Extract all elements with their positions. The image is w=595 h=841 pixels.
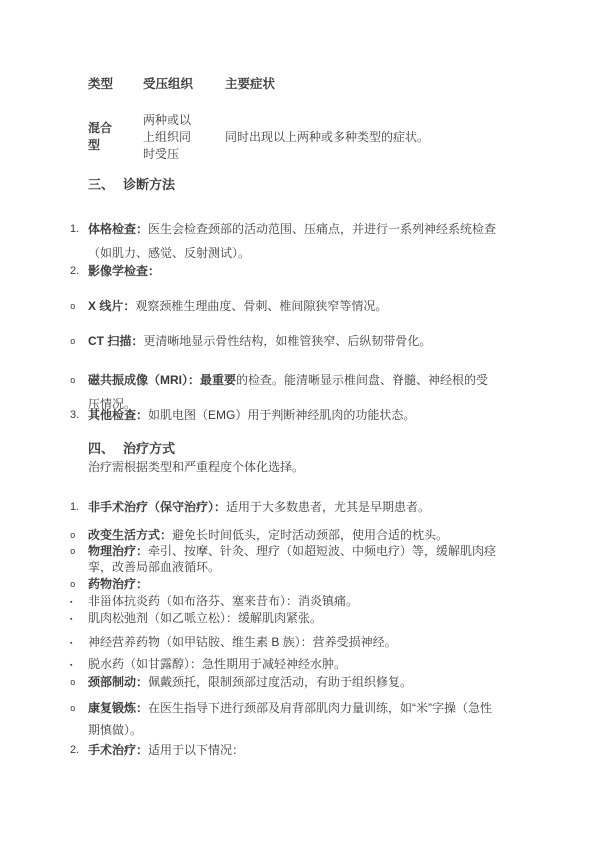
list-item-text: CT 扫描：更清晰地显示骨性结构，如椎管狭窄、后纵韧带骨化。	[88, 333, 513, 350]
table-header-type: 类型	[88, 77, 120, 92]
table-cell-symptom: 同时出现以上两种或多种类型的症状。	[225, 129, 517, 146]
list-item-rehab-exercise: o 康复锻炼：在医生指导下进行颈部及肩背部肌肉力量训练，如“米”字操（急性 期慎…	[70, 697, 513, 741]
list-item-nsaid: ▪ 非甾体抗炎药（如布洛芬、塞来昔布）：消炎镇痛。	[70, 593, 513, 611]
table-row-mixed-type: 混合型 两种或以上组织同时受压 同时出现以上两种或多种类型的症状。	[88, 110, 517, 164]
section-number: 四、	[88, 441, 114, 456]
circle-bullet-marker: o	[70, 543, 88, 575]
number-marker: 1.	[70, 499, 88, 515]
list-item-text: 康复锻炼：在医生指导下进行颈部及肩背部肌肉力量训练，如“米”字操（急性 期慎做）…	[88, 697, 513, 741]
number-marker: 2.	[70, 263, 88, 279]
circle-bullet-marker: o	[70, 576, 88, 593]
table-header-tissue: 受压组织	[143, 77, 201, 92]
number-marker: 1.	[70, 217, 88, 265]
treatment-intro-paragraph: 治疗需根据类型和严重程度个体化选择。	[88, 459, 518, 475]
table-header-row: 类型 受压组织 主要症状	[88, 77, 517, 92]
document-page: 类型 受压组织 主要症状 混合型 两种或以上组织同时受压 同时出现以上两种或多种…	[0, 0, 595, 841]
list-item-xray: o X 线片：观察颈椎生理曲度、骨刺、椎间隙狭窄等情况。	[70, 298, 513, 315]
number-marker: 3.	[70, 407, 88, 423]
list-item-physiotherapy: o 物理治疗：牵引、按摩、针灸、理疗（如超短波、中频电疗）等，缓解肌肉痉 挛，改…	[70, 543, 513, 575]
table-cell-tissue: 两种或以上组织同时受压	[143, 112, 201, 163]
square-bullet-marker: ▪	[70, 610, 88, 628]
list-item-muscle-relaxant: ▪ 肌肉松弛剂（如乙哌立松）：缓解肌肉紧张。	[70, 610, 513, 628]
list-item-medication: o 药物治疗：	[70, 576, 513, 593]
list-item-text: 物理治疗：牵引、按摩、针灸、理疗（如超短波、中频电疗）等，缓解肌肉痉 挛，改善局…	[88, 543, 513, 575]
section-title: 诊断方法	[123, 177, 175, 192]
list-item-imaging: 2. 影像学检查：	[70, 263, 513, 279]
list-item-text: 体格检查：医生会检查颈部的活动范围、压痛点，并进行一系列神经系统检查 （如肌力、…	[88, 217, 513, 265]
square-bullet-marker: ▪	[70, 634, 88, 652]
list-item-surgery: 2. 手术治疗：适用于以下情况：	[70, 742, 513, 758]
square-bullet-marker: ▪	[70, 593, 88, 611]
list-item-text: 药物治疗：	[88, 576, 513, 593]
list-item-text: 肌肉松弛剂（如乙哌立松）：缓解肌肉紧张。	[88, 610, 513, 628]
circle-bullet-marker: o	[70, 674, 88, 691]
list-item-physical-exam: 1. 体格检查：医生会检查颈部的活动范围、压痛点，并进行一系列神经系统检查 （如…	[70, 217, 513, 265]
circle-bullet-marker: o	[70, 527, 88, 544]
circle-bullet-marker: o	[70, 697, 88, 741]
list-item-neck-immobilization: o 颈部制动：佩戴颈托，限制颈部过度活动，有助于组织修复。	[70, 674, 513, 691]
section-heading-treatment: 四、 治疗方式	[88, 441, 175, 456]
section-number: 三、	[88, 177, 114, 192]
table-cell-type: 混合型	[88, 120, 120, 154]
section-heading-diagnosis: 三、 诊断方法	[88, 177, 175, 192]
list-item-text: 影像学检查：	[88, 263, 513, 279]
list-item-text: 神经营养药物（如甲钴胺、维生素 B 族）：营养受损神经。	[88, 634, 513, 652]
list-item-text: X 线片：观察颈椎生理曲度、骨刺、椎间隙狭窄等情况。	[88, 298, 513, 315]
list-item-text: 手术治疗：适用于以下情况：	[88, 742, 513, 758]
list-item-conservative-treatment: 1. 非手术治疗（保守治疗）：适用于大多数患者，尤其是早期患者。	[70, 499, 513, 515]
number-marker: 2.	[70, 742, 88, 758]
list-item-text: 非手术治疗（保守治疗）：适用于大多数患者，尤其是早期患者。	[88, 499, 513, 515]
list-item-text: 改变生活方式：避免长时间低头，定时活动颈部，使用合适的枕头。	[88, 527, 513, 544]
section-title: 治疗方式	[123, 441, 175, 456]
square-bullet-marker: ▪	[70, 656, 88, 674]
table-header-symptom: 主要症状	[225, 77, 517, 92]
circle-bullet-marker: o	[70, 298, 88, 315]
list-item-text: 颈部制动：佩戴颈托，限制颈部过度活动，有助于组织修复。	[88, 674, 513, 691]
circle-bullet-marker: o	[70, 333, 88, 350]
list-item-ct-scan: o CT 扫描：更清晰地显示骨性结构，如椎管狭窄、后纵韧带骨化。	[70, 333, 513, 350]
list-item-neurotrophic-drug: ▪ 神经营养药物（如甲钴胺、维生素 B 族）：营养受损神经。	[70, 634, 513, 652]
list-item-text: 其他检查：如肌电图（EMG）用于判断神经肌肉的功能状态。	[88, 407, 513, 423]
list-item-text: 脱水药（如甘露醇）：急性期用于减轻神经水肿。	[88, 656, 513, 674]
list-item-other-exam: 3. 其他检查：如肌电图（EMG）用于判断神经肌肉的功能状态。	[70, 407, 513, 423]
list-item-text: 非甾体抗炎药（如布洛芬、塞来昔布）：消炎镇痛。	[88, 593, 513, 611]
list-item-dehydrant: ▪ 脱水药（如甘露醇）：急性期用于减轻神经水肿。	[70, 656, 513, 674]
list-item-lifestyle-change: o 改变生活方式：避免长时间低头，定时活动颈部，使用合适的枕头。	[70, 527, 513, 544]
